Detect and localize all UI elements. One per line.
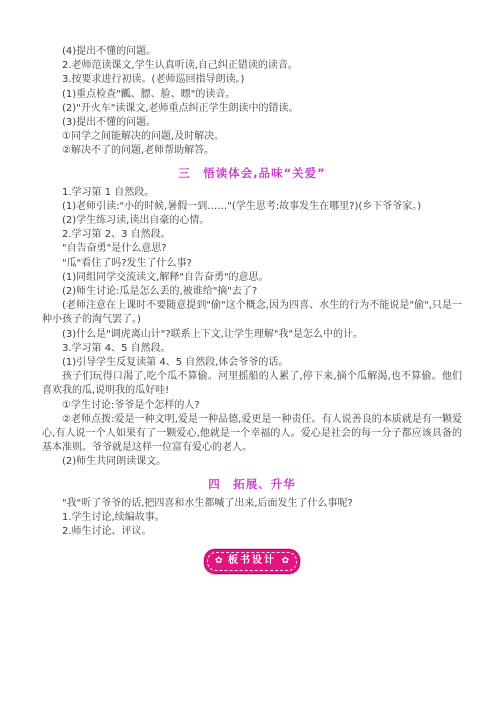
paragraph: ②解决不了的问题,老师帮助解答。 <box>42 144 462 158</box>
flower-icon: ✿ <box>281 556 289 566</box>
paragraph: (2)师生讨论:瓜是怎么丢的,被谁给"摘"去了? <box>42 285 462 299</box>
paragraph: (2)学生练习读,读出自豪的心情。 <box>42 214 462 228</box>
section-heading-3: 三 悟读体会,品味“关爱” <box>42 166 462 181</box>
paragraph: 3.按要求进行初读。(老师巡回指导朗读。) <box>42 73 462 87</box>
paragraph: (3)提出不懂的问题。 <box>42 116 462 130</box>
paragraph: 1.学习第 1 自然段。 <box>42 186 462 200</box>
paragraph: ①同学之间能解决的问题,及时解决。 <box>42 130 462 144</box>
badge-row: ✿ 板书设计 ✿ <box>42 548 462 574</box>
paragraph: 2.老师范读课文,学生认真听读,自己纠正错读的读音。 <box>42 59 462 73</box>
paragraph: ②老师点拨:爱是一种文明,爱是一种品德,爱更是一种责任。有人说善良的本质就是有一… <box>42 413 462 456</box>
paragraph: "瓜"看住了吗?发生了什么事? <box>42 257 462 271</box>
paragraph: (2)师生共同朗读课文。 <box>42 455 462 469</box>
lesson-plan-page: (4)提出不懂的问题。 2.老师范读课文,学生认真听读,自己纠正错读的读音。 3… <box>0 0 500 707</box>
paragraph: 1.学生讨论,续编故事。 <box>42 511 462 525</box>
paragraph: (1)老师引读:"小的时候,暑假一到……"(学生思考:故事发生在哪里?)(乡下爷… <box>42 200 462 214</box>
flower-icon: ✿ <box>215 556 223 566</box>
paragraph: (老师注意在上课时不要随意提到"偷"这个概念,因为四喜、水生的行为不能说是"偷"… <box>42 299 462 327</box>
paragraph: (4)提出不懂的问题。 <box>42 45 462 59</box>
paragraph: "自告奋勇"是什么意思? <box>42 242 462 256</box>
paragraph: (3)什么是"调虎离山计"?联系上下文,让学生理解"我"是怎么中的计。 <box>42 328 462 342</box>
paragraph: (2)"开火车"读课文,老师重点纠正学生朗读中的错读。 <box>42 102 462 116</box>
badge-label: 板书设计 <box>228 555 276 566</box>
paragraph: (1)重点检查"瓤、膘、脸、瞟"的读音。 <box>42 88 462 102</box>
paragraph: 2.学习第 2、3 自然段。 <box>42 228 462 242</box>
paragraph: ①学生讨论:爷爷是个怎样的人? <box>42 399 462 413</box>
board-design-badge: ✿ 板书设计 ✿ <box>204 549 300 574</box>
paragraph: (1)同组同学交流读文,解释"自告奋勇"的意思。 <box>42 271 462 285</box>
paragraph: 2.师生讨论、评议。 <box>42 525 462 539</box>
paragraph: 孩子们玩得口渴了,吃个瓜不算偷。河里摇船的人累了,停下来,摘个瓜解渴,也不算偷。… <box>42 370 462 398</box>
section-heading-4: 四 拓展、升华 <box>42 477 462 492</box>
paragraph: "我"听了爷爷的话,把四喜和水生都喊了出来,后面发生了什么事呢? <box>42 497 462 511</box>
paragraph: 3.学习第 4、5 自然段。 <box>42 342 462 356</box>
board-design-badge-inner: ✿ 板书设计 ✿ <box>207 552 297 571</box>
paragraph: (1)引导学生反复读第 4、5 自然段,体会爷爷的话。 <box>42 356 462 370</box>
